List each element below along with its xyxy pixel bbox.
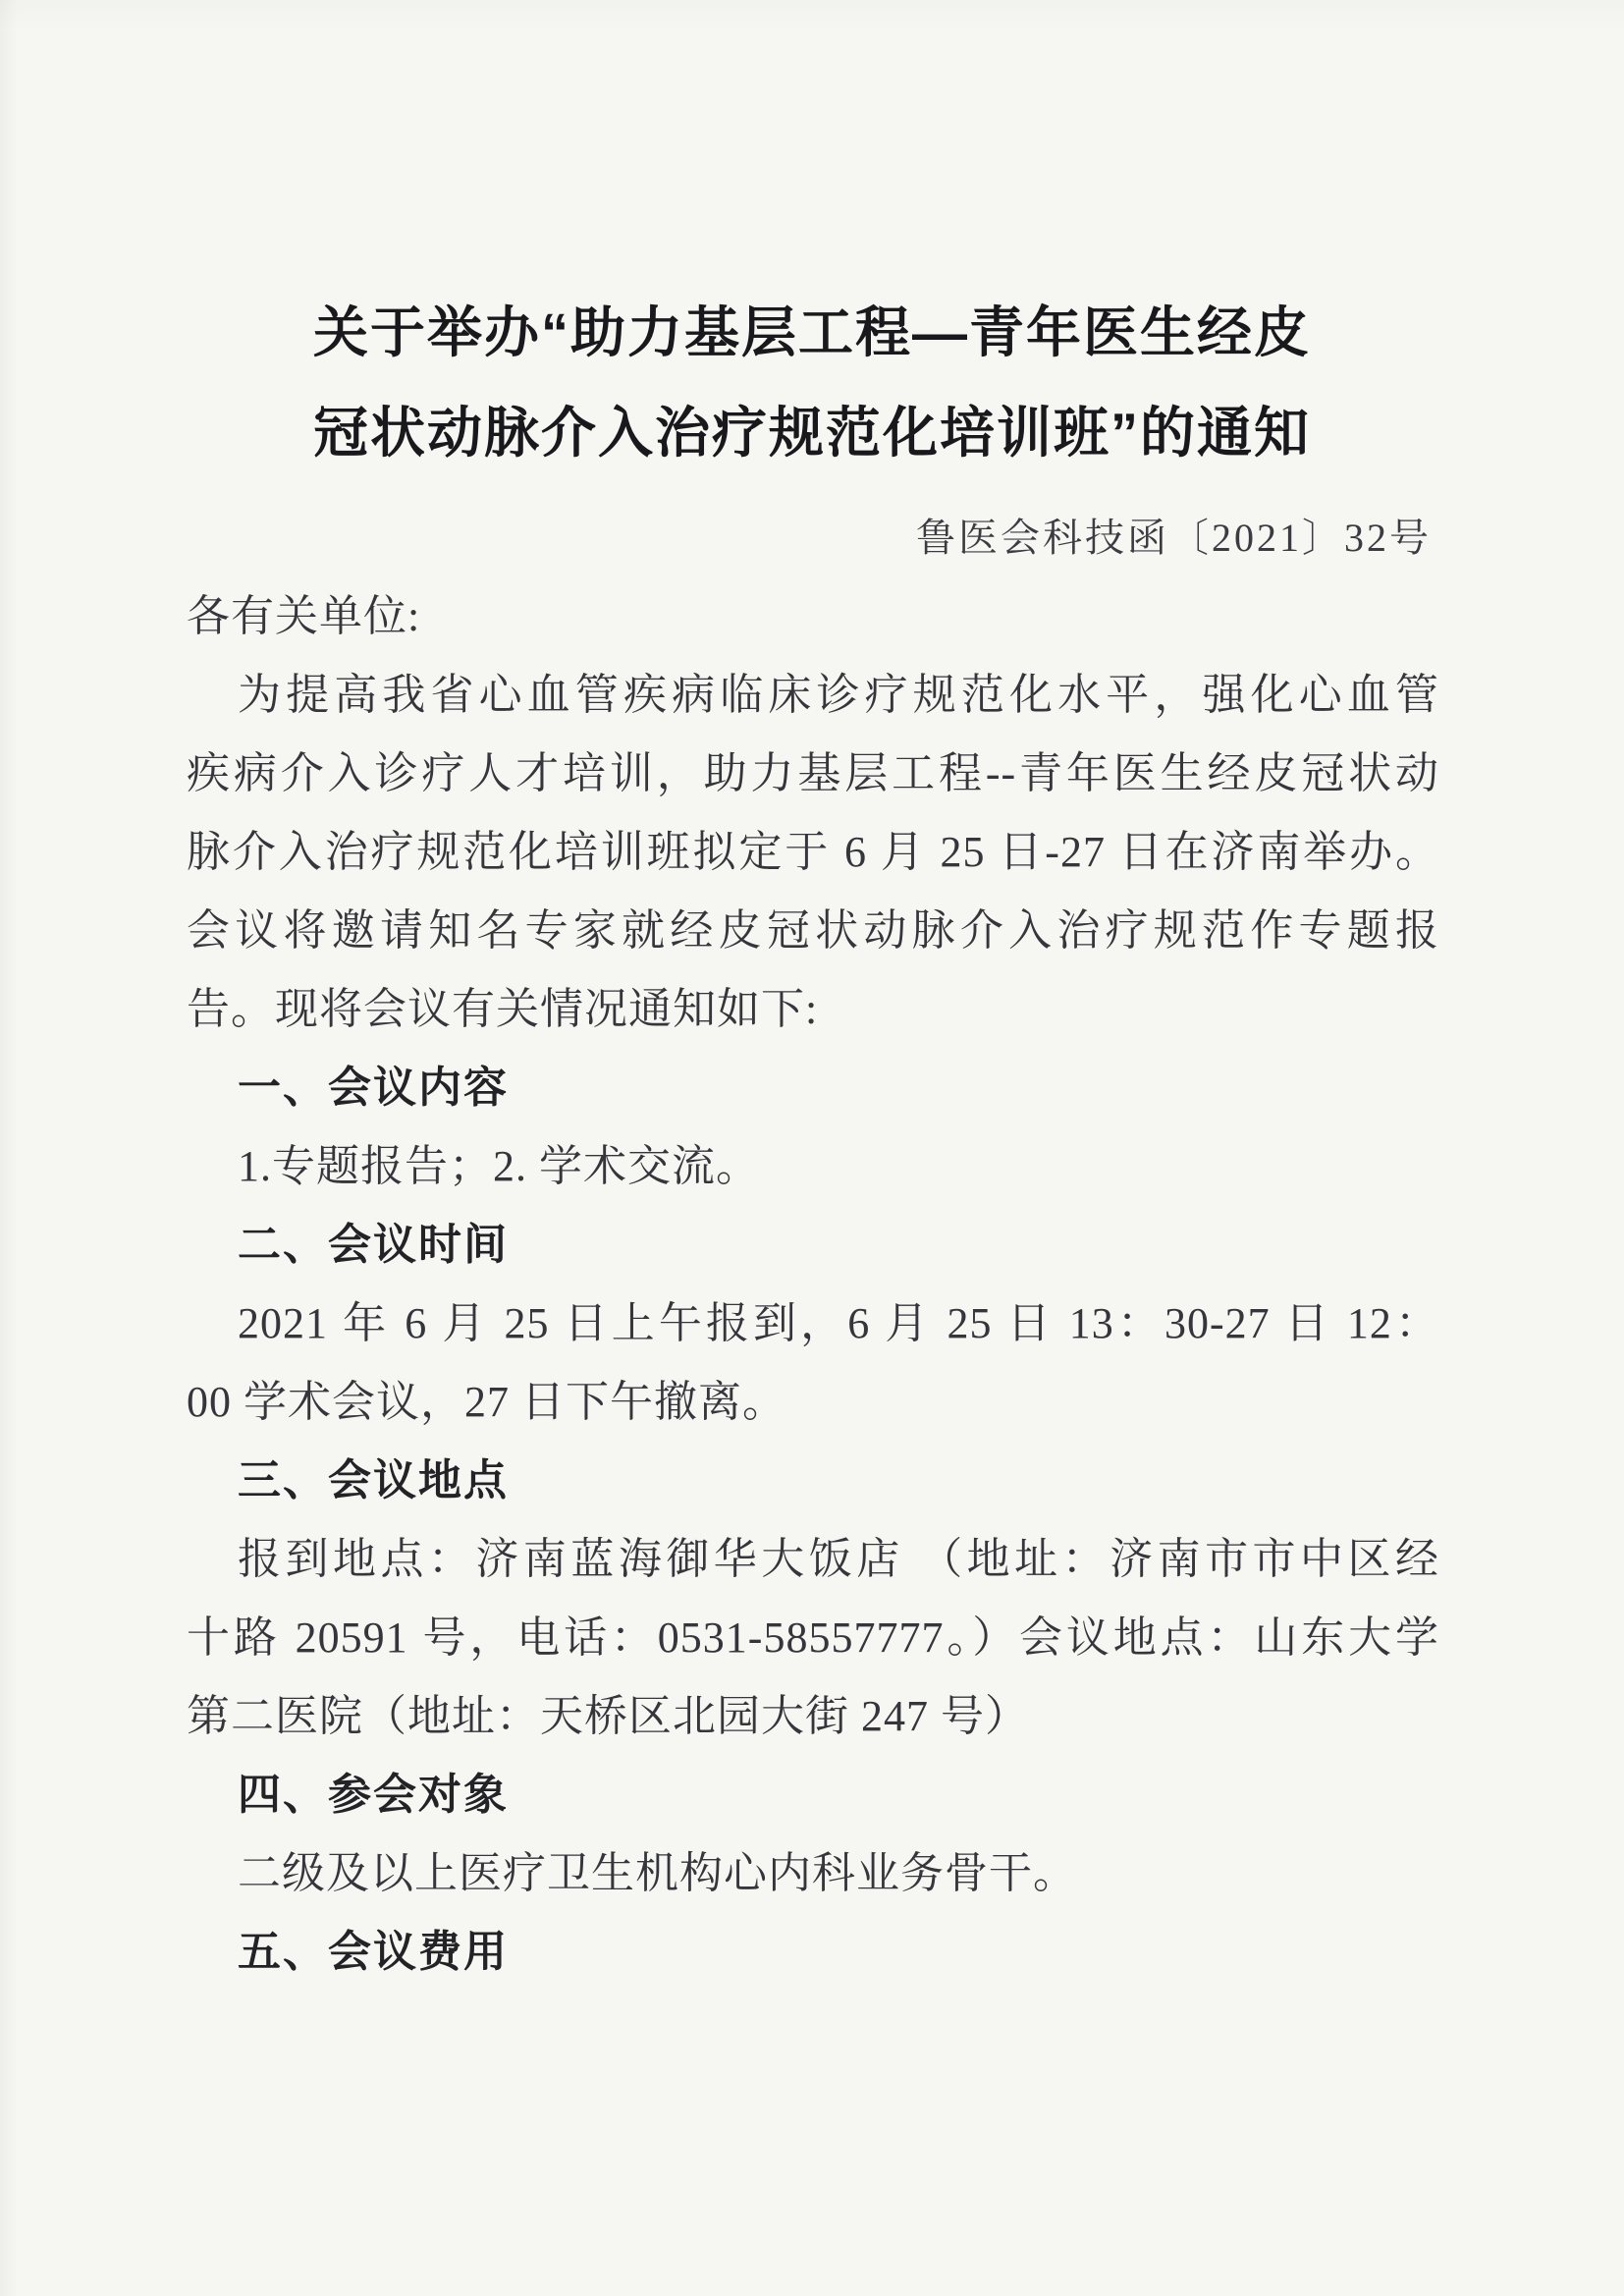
- section-line: 2021 年 6 月 25 日上午报到，6 月 25 日 13：30-27 日 …: [187, 1285, 1439, 1363]
- document-number: 鲁医会科技函〔2021〕32号: [0, 499, 1624, 577]
- section-line: 二级及以上医疗卫生机构心内科业务骨干。: [187, 1834, 1439, 1913]
- document-title-line-1: 关于举办“助力基层工程—青年医生经皮: [0, 283, 1624, 383]
- intro-line: 疾病介入诊疗人才培训，助力基层工程--青年医生经皮冠状动: [187, 735, 1439, 813]
- intro-line: 为提高我省心血管疾病临床诊疗规范化水平，强化心血管: [187, 656, 1439, 735]
- document-title-line-2: 冠状动脉介入治疗规范化培训班”的通知: [0, 383, 1624, 483]
- section-heading-participants: 四、参会对象: [187, 1756, 1439, 1834]
- document-title: 关于举办“助力基层工程—青年医生经皮 冠状动脉介入治疗规范化培训班”的通知: [0, 283, 1624, 483]
- section-heading-meeting-fee: 五、会议费用: [187, 1913, 1439, 1992]
- intro-line: 会议将邀请知名专家就经皮冠状动脉介入治疗规范作专题报: [187, 892, 1439, 970]
- section-line: 00 学术会议，27 日下午撤离。: [187, 1363, 1439, 1442]
- salutation: 各有关单位:: [187, 577, 1439, 656]
- intro-line: 脉介入治疗规范化培训班拟定于 6 月 25 日-27 日在济南举办。: [187, 813, 1439, 892]
- section-heading-meeting-location: 三、会议地点: [187, 1442, 1439, 1520]
- scanned-notice-page: 关于举办“助力基层工程—青年医生经皮 冠状动脉介入治疗规范化培训班”的通知 鲁医…: [0, 0, 1624, 2296]
- section-heading-meeting-time: 二、会议时间: [187, 1206, 1439, 1285]
- section-line: 1.专题报告；2. 学术交流。: [187, 1127, 1439, 1206]
- section-line: 十路 20591 号，电话：0531-58557777。）会议地点：山东大学: [187, 1599, 1439, 1677]
- intro-line: 告。现将会议有关情况通知如下:: [187, 970, 1439, 1049]
- section-line: 报到地点：济南蓝海御华大饭店 （地址：济南市市中区经: [187, 1520, 1439, 1599]
- section-line: 第二医院（地址：天桥区北园大街 247 号）: [187, 1677, 1439, 1756]
- document-body: 各有关单位: 为提高我省心血管疾病临床诊疗规范化水平，强化心血管 疾病介入诊疗人…: [0, 577, 1624, 1992]
- section-heading-meeting-content: 一、会议内容: [187, 1049, 1439, 1127]
